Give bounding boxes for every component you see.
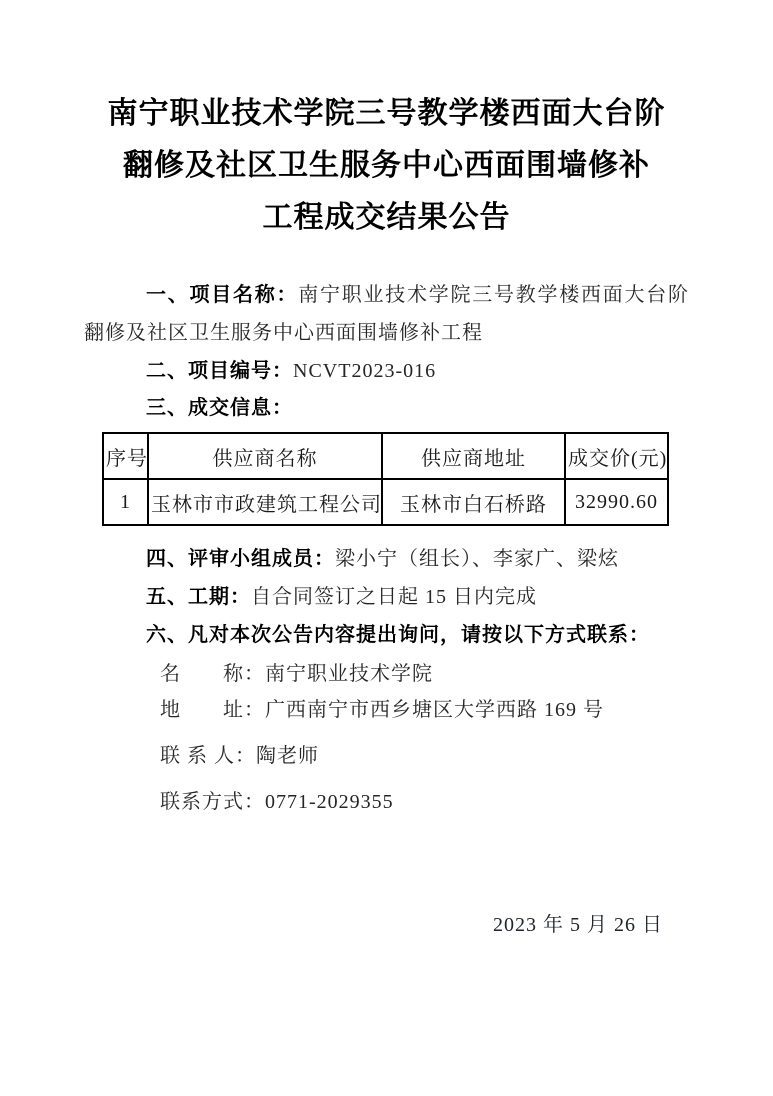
section-project-number-label: 二、项目编号： bbox=[146, 360, 293, 382]
contact-address-value: 广西南宁市西乡塘区大学西路 169 号 bbox=[265, 699, 604, 721]
section-deal-info: 三、成交信息： bbox=[84, 390, 689, 426]
table-header-supplier-address: 供应商地址 bbox=[382, 433, 565, 479]
section-project-name-label: 一、项目名称： bbox=[146, 284, 298, 306]
section-inquiry: 六、凡对本次公告内容提出询问，请按以下方式联系： bbox=[84, 616, 689, 654]
contact-phone-label: 联系方式： bbox=[160, 791, 265, 813]
section-project-number: 二、项目编号：NCVT2023-016 bbox=[84, 352, 689, 390]
section-project-name: 一、项目名称：南宁职业技术学院三号教学楼西面大台阶翻修及社区卫生服务中心西面围墙… bbox=[84, 276, 689, 352]
section-deal-info-label: 三、成交信息： bbox=[146, 397, 293, 419]
contact-address-line: 地 址：广西南宁市西乡塘区大学西路 169 号 bbox=[160, 692, 689, 728]
title-line-1: 南宁职业技术学院三号教学楼西面大台阶 bbox=[84, 88, 689, 140]
contact-block: 名 称：南宁职业技术学院 地 址：广西南宁市西乡塘区大学西路 169 号 联 系… bbox=[160, 656, 689, 820]
section-duration-text: 自合同签订之日起 15 日内完成 bbox=[251, 586, 537, 608]
section-review-team-label: 四、评审小组成员： bbox=[146, 548, 335, 570]
table-row: 1 玉林市市政建筑工程公司 玉林市白石桥路 32990.60 bbox=[103, 479, 668, 525]
title-line-2: 翻修及社区卫生服务中心西面围墙修补 bbox=[84, 140, 689, 192]
section-review-team-text: 梁小宁（组长）、李家广、梁炫 bbox=[335, 548, 619, 570]
contact-name-label: 名 称： bbox=[160, 663, 265, 685]
contact-name-value: 南宁职业技术学院 bbox=[265, 663, 433, 685]
document-page: 南宁职业技术学院三号教学楼西面大台阶 翻修及社区卫生服务中心西面围墙修补 工程成… bbox=[0, 0, 773, 1096]
title-line-3: 工程成交结果公告 bbox=[84, 192, 689, 244]
section-inquiry-label: 六、凡对本次公告内容提出询问，请按以下方式联系： bbox=[146, 624, 650, 646]
section-review-team: 四、评审小组成员：梁小宁（组长）、李家广、梁炫 bbox=[84, 540, 689, 578]
table-header-seq: 序号 bbox=[103, 433, 148, 479]
table-header-deal-price: 成交价(元) bbox=[565, 433, 668, 479]
contact-person-line: 联 系 人：陶老师 bbox=[160, 738, 689, 774]
issue-date: 2023 年 5 月 26 日 bbox=[84, 908, 689, 937]
table-cell-deal-price: 32990.60 bbox=[565, 479, 668, 525]
section-project-number-text: NCVT2023-016 bbox=[293, 360, 436, 382]
section-duration-label: 五、工期： bbox=[146, 586, 251, 608]
contact-phone-value: 0771-2029355 bbox=[265, 791, 394, 813]
contact-address-label: 地 址： bbox=[160, 699, 265, 721]
contact-phone-line: 联系方式：0771-2029355 bbox=[160, 784, 689, 820]
section-duration: 五、工期：自合同签订之日起 15 日内完成 bbox=[84, 578, 689, 616]
contact-person-value: 陶老师 bbox=[256, 745, 319, 767]
deal-result-table: 序号 供应商名称 供应商地址 成交价(元) 1 玉林市市政建筑工程公司 玉林市白… bbox=[102, 432, 669, 526]
contact-name-line: 名 称：南宁职业技术学院 bbox=[160, 656, 689, 692]
document-title: 南宁职业技术学院三号教学楼西面大台阶 翻修及社区卫生服务中心西面围墙修补 工程成… bbox=[84, 88, 689, 244]
table-header-row: 序号 供应商名称 供应商地址 成交价(元) bbox=[103, 433, 668, 479]
table-cell-supplier-address: 玉林市白石桥路 bbox=[382, 479, 565, 525]
contact-person-label: 联 系 人： bbox=[160, 745, 256, 767]
table-header-supplier-name: 供应商名称 bbox=[148, 433, 382, 479]
table-cell-supplier-name: 玉林市市政建筑工程公司 bbox=[148, 479, 382, 525]
table-cell-seq: 1 bbox=[103, 479, 148, 525]
